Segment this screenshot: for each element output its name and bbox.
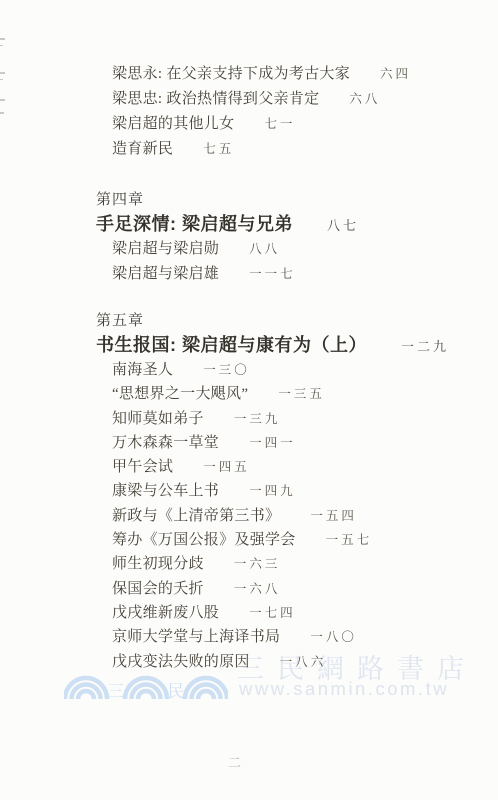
toc-entry-label: 梁思永: 在父亲支持下成为考古大家 <box>112 62 350 83</box>
toc-entry-page: 一三五 <box>278 384 325 402</box>
toc-entry: 南海圣人 一三〇 <box>0 358 498 382</box>
toc-entry: 康梁与公车上书 一四九 <box>0 479 498 503</box>
chapter-number: 第五章 <box>0 309 498 331</box>
toc-entry-page: 一七四 <box>249 603 296 621</box>
toc-entry-label: 筹办《万国公报》及强学会 <box>112 528 296 549</box>
toc-entry-page: 六四 <box>380 64 411 82</box>
toc-entry: 筹办《万国公报》及强学会 一五七 <box>0 528 498 552</box>
toc-entry-label: 梁启超与梁启勋 <box>112 237 219 258</box>
toc-entry-page: 七五 <box>203 139 234 157</box>
toc-entry-page: 一五七 <box>326 530 373 548</box>
toc-entry-page: 八八 <box>249 239 280 257</box>
toc-entry-page: 一六三 <box>234 554 281 572</box>
scanned-toc-page: 三 民 三民網路書店 www.sanmin.com.tw 梁思永: 在父亲支持下… <box>0 0 498 800</box>
table-of-contents: 梁思永: 在父亲支持下成为考古大家 六四 梁思忠: 政治热情得到父亲肯定 六八 … <box>0 0 498 800</box>
toc-entry: 梁思忠: 政治热情得到父亲肯定 六八 <box>0 87 498 112</box>
toc-entry-page: 六八 <box>349 89 380 107</box>
folio-page-number: 二 <box>228 752 243 771</box>
toc-entry-label: 保国会的夭折 <box>112 577 204 598</box>
toc-entry-label: 梁思忠: 政治热情得到父亲肯定 <box>112 87 319 108</box>
chapter-title: 书生报国: 梁启超与康有为（上） 一二九 <box>0 331 498 358</box>
toc-entry: 甲午会试 一四五 <box>0 455 498 479</box>
scan-edge-artifact <box>0 112 4 114</box>
chapter-title-label: 手足深情: 梁启超与兄弟 <box>96 210 293 236</box>
toc-entry: 万木森森一草堂 一四一 <box>0 431 498 455</box>
toc-entry-page: 一五四 <box>310 506 357 524</box>
toc-entry: 梁启超与梁启雄 一一七 <box>0 262 498 287</box>
toc-entry: 京师大学堂与上海译书局 一八〇 <box>0 625 498 649</box>
chapter-title: 手足深情: 梁启超与兄弟 八七 <box>0 210 498 237</box>
toc-entry-page: 一四五 <box>203 457 250 475</box>
toc-entry: “思想界之一大飓风” 一三五 <box>0 382 498 406</box>
toc-entry-page: 一三九 <box>234 409 281 427</box>
scan-edge-artifact <box>0 79 3 80</box>
toc-entry-page: 一四九 <box>249 481 296 499</box>
toc-entry: 造育新民 七五 <box>0 137 498 162</box>
toc-entry-label: 戊戌变法失败的原因 <box>112 650 250 671</box>
scan-edge-artifact <box>0 38 5 40</box>
scan-edge-artifact <box>0 45 3 46</box>
toc-entry-label: 知师莫如弟子 <box>112 407 204 428</box>
toc-entry: 新政与《上清帝第三书》 一五四 <box>0 504 498 528</box>
toc-entry-label: 万木森森一草堂 <box>112 431 219 452</box>
scan-edge-artifact <box>0 99 5 101</box>
chapter-title-page: 一二九 <box>401 336 449 355</box>
toc-entry-label: 戊戌维新废八股 <box>112 601 219 622</box>
toc-entry: 知师莫如弟子 一三九 <box>0 407 498 431</box>
toc-entry: 师生初现分歧 一六三 <box>0 552 498 576</box>
toc-entry: 梁启超与梁启勋 八八 <box>0 237 498 262</box>
toc-entry-label: 康梁与公车上书 <box>112 479 219 500</box>
toc-entry-label: 师生初现分歧 <box>112 552 204 573</box>
toc-entry-page: 一四一 <box>249 433 296 451</box>
toc-entry-label: “思想界之一大飓风” <box>112 382 248 403</box>
toc-entry-label: 新政与《上清帝第三书》 <box>112 504 280 525</box>
chapter-number: 第四章 <box>0 188 498 210</box>
toc-entry-label: 南海圣人 <box>112 358 173 379</box>
toc-entry-page: 一三〇 <box>203 360 250 378</box>
toc-entry-page: 一六八 <box>234 579 281 597</box>
chapter-number-label: 第四章 <box>96 188 144 209</box>
toc-entry: 梁思永: 在父亲支持下成为考古大家 六四 <box>0 62 498 87</box>
toc-entry-label: 京师大学堂与上海译书局 <box>112 625 280 646</box>
toc-entry: 梁启超的其他儿女 七一 <box>0 112 498 137</box>
toc-entry-page: 一一七 <box>249 264 296 282</box>
scan-edge-artifact <box>0 72 5 74</box>
toc-entry: 保国会的夭折 一六八 <box>0 577 498 601</box>
toc-entry: 戊戌变法失败的原因 一八六 <box>0 650 498 674</box>
chapter-number-label: 第五章 <box>96 309 144 330</box>
chapter-title-label: 书生报国: 梁启超与康有为（上） <box>96 331 367 357</box>
toc-entry-label: 甲午会试 <box>112 455 173 476</box>
toc-entry: 戊戌维新废八股 一七四 <box>0 601 498 625</box>
chapter-title-page: 八七 <box>327 215 359 234</box>
toc-entry-page: 一八〇 <box>310 627 357 645</box>
toc-entry-label: 造育新民 <box>112 137 173 158</box>
toc-entry-label: 梁启超与梁启雄 <box>112 262 219 283</box>
toc-entry-page: 七一 <box>264 114 295 132</box>
toc-entry-page: 一八六 <box>280 652 327 670</box>
toc-entry-label: 梁启超的其他儿女 <box>112 112 234 133</box>
